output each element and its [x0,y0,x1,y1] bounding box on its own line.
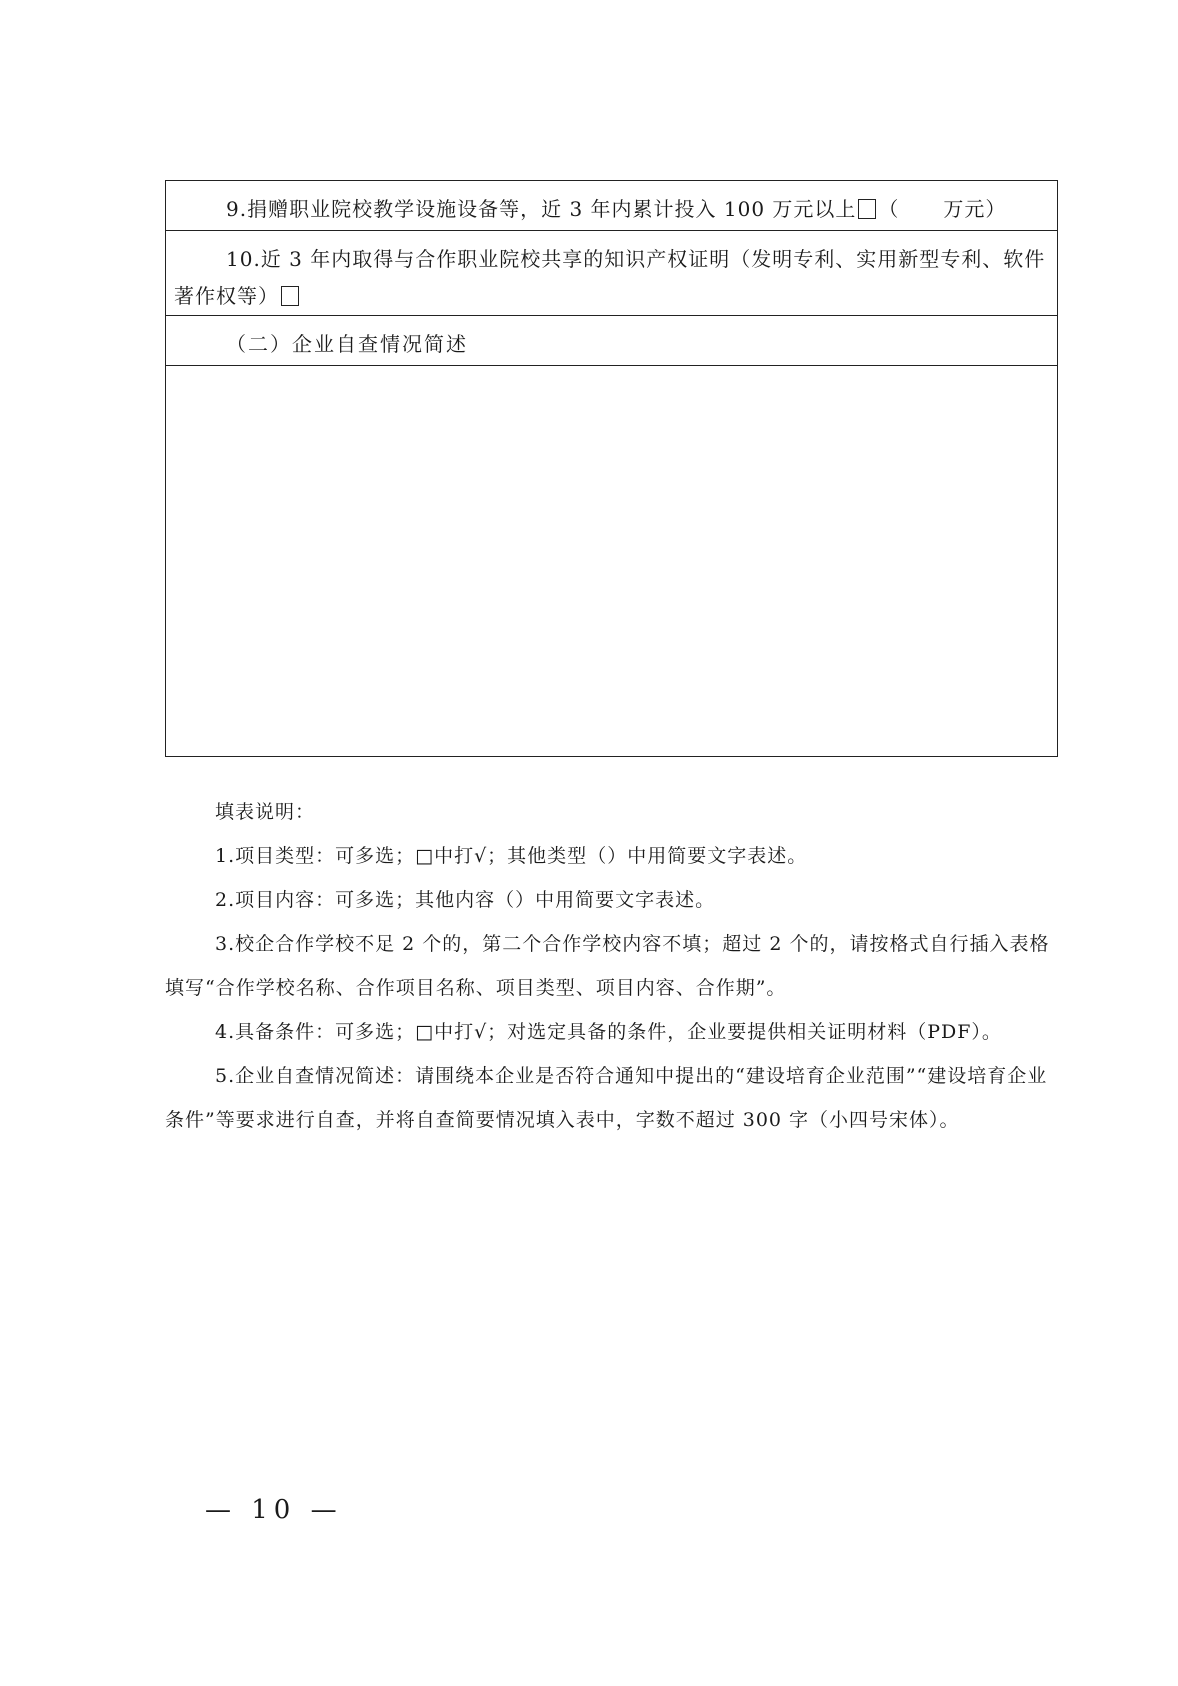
instruction-item: 3.校企合作学校不足 2 个的，第二个合作学校内容不填；超过 2 个的，请按格式… [165,922,1058,1010]
instruction-item: 1.项目类型：可多选；□中打√；其他类型（）中用简要文字表述。 [165,834,1058,878]
table-row-item-10: 10.近 3 年内取得与合作职业院校共享的知识产权证明（发明专利、实用新型专利、… [166,231,1057,316]
item-9-unit: 万元） [943,197,1006,221]
self-check-table: 9.捐赠职业院校教学设施设备等，近 3 年内累计投入 100 万元以上（万元） … [165,180,1058,757]
item-10-label: 10.近 3 年内取得与合作职业院校共享的知识产权证明（发明专利、实用新型专利、… [174,247,1045,308]
section-heading-text: （二）企业自查情况简述 [226,332,468,356]
section-heading-self-check: （二）企业自查情况简述 [166,316,1057,366]
item-9-checkbox[interactable] [858,199,876,219]
instructions-title: 填表说明： [165,790,1058,834]
self-check-text-area[interactable] [166,366,1057,756]
instruction-item: 4.具备条件：可多选；□中打√；对选定具备的条件，企业要提供相关证明材料（PDF… [165,1010,1058,1054]
item-9-label: 9.捐赠职业院校教学设施设备等，近 3 年内累计投入 100 万元以上 [226,197,856,221]
instruction-item: 2.项目内容：可多选；其他内容（）中用简要文字表述。 [165,878,1058,922]
item-9-paren-open: （ [878,197,899,221]
instruction-item: 5.企业自查情况简述：请围绕本企业是否符合通知中提出的“建设培育企业范围”“建设… [165,1054,1058,1142]
table-row-item-9: 9.捐赠职业院校教学设施设备等，近 3 年内累计投入 100 万元以上（万元） [166,181,1057,231]
page-number: — 10 — [205,1495,343,1525]
form-instructions: 填表说明： 1.项目类型：可多选；□中打√；其他类型（）中用简要文字表述。 2.… [165,790,1058,1142]
item-10-checkbox[interactable] [281,286,299,306]
